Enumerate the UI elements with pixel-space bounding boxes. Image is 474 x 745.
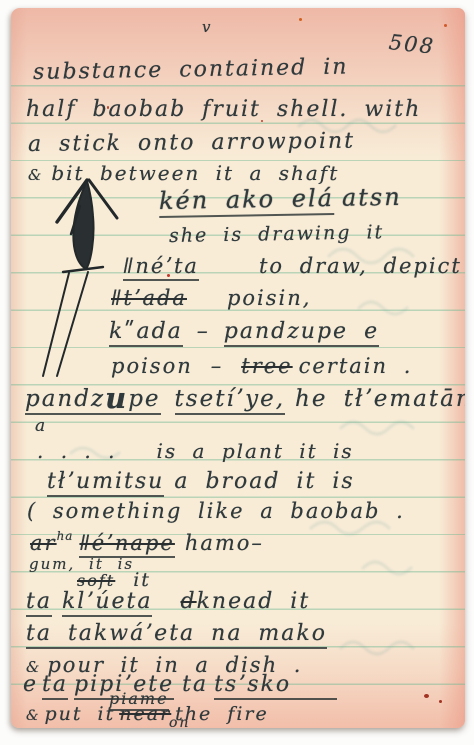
handwritten-line-9: kʺada–pandzupe e — [109, 319, 379, 344]
gloss-text: is a plant it is — [157, 439, 354, 463]
ampersand-mark: & — [26, 708, 40, 724]
phonetic-term: tłʼumitsu — [47, 469, 164, 497]
struck-term: ǁtʼada — [111, 286, 187, 310]
struck-letter: d — [180, 589, 196, 614]
handwritten-line-19: ta takwáʼeta na mako — [26, 621, 327, 646]
ellipsis-dots: . . . . — [37, 439, 117, 463]
handwritten-line-11: pandzupetsetíʼye,he tłʼematān — [25, 386, 465, 412]
gloss-text: a broad it is — [174, 469, 354, 494]
gloss-text: ( something like a baobab . — [27, 499, 405, 523]
gloss-text: she is drawing it — [169, 221, 385, 247]
ink-speckle — [261, 120, 263, 122]
struck-word: soft — [77, 571, 115, 590]
ink-speckle — [424, 694, 429, 698]
line-text: half baobab fruit shell. with — [26, 97, 421, 122]
page-number-value: 508 — [388, 30, 436, 59]
handwritten-line-21: etapipiʼetetatsʼsko — [23, 672, 337, 697]
correction-word: on — [169, 715, 190, 728]
gloss-text: to draw, depict — [259, 254, 462, 278]
superscript-correction: ha — [57, 529, 74, 543]
handwritten-line-23: &put itnearthe fire — [26, 703, 269, 725]
gloss-text: poisin, — [227, 286, 312, 310]
phonetic-term: tsetíʼye, — [175, 386, 285, 415]
inserted-letter: u — [105, 381, 128, 415]
ink-speckle — [299, 18, 302, 21]
handwritten-line-6: she is drawing it — [169, 221, 385, 247]
phonetic-term: tsʼsko — [214, 672, 337, 700]
handwritten-line-18: taklʼúetadknead it — [26, 589, 310, 614]
handwritten-line-15: arhaǁéʼnapehamo– — [30, 529, 264, 555]
handwritten-line-3: a stick onto arrowpoint — [28, 129, 355, 157]
handwritten-line-17: softit — [77, 569, 151, 591]
handwritten-line-11-subscript: a — [35, 416, 47, 436]
ink-speckle — [444, 24, 447, 27]
phonetic-term: ta takwáʼeta na mako — [26, 621, 327, 649]
gloss-text: put it — [44, 703, 115, 725]
check-mark: v — [202, 18, 212, 36]
handwritten-line-4: &bit between it a shaft — [28, 161, 339, 185]
phonetic-term: klʼúeta — [62, 589, 153, 617]
ampersand-mark: & — [28, 166, 43, 184]
gloss-text: certain . — [299, 354, 413, 378]
line-text: bit between it a shaft — [51, 161, 339, 185]
phonetic-term: pandzupe e — [224, 319, 379, 347]
handwritten-line-7: ǁnéʼtato draw, depict — [123, 254, 462, 278]
phonetic-term: ta — [26, 589, 52, 617]
struck-word: ar — [30, 531, 57, 555]
line-text: atsn — [342, 183, 402, 212]
handwritten-line-12: . . . .is a plant it is — [37, 439, 354, 463]
page-number: 508 — [388, 30, 436, 59]
handwritten-line-13: tłʼumitsua broad it is — [47, 469, 355, 494]
handwritten-line-14: ( something like a baobab . — [27, 499, 405, 523]
handwritten-line-2: half baobab fruit shell. with — [26, 97, 421, 122]
line-text: a stick onto arrowpoint — [28, 129, 355, 157]
phonetic-term: he tłʼematān — [295, 386, 465, 412]
struck-word: tree — [241, 354, 292, 378]
phonetic-term: pe — [128, 386, 160, 412]
phonetic-term: pandz — [25, 386, 105, 412]
gloss-text: it — [133, 569, 151, 591]
correction-letter: a — [35, 416, 47, 436]
handwritten-line-24: on — [169, 715, 190, 728]
handwritten-line-5: kén ako eláatsn — [159, 183, 402, 215]
check-mark-glyph: v — [202, 18, 212, 36]
dash: – — [197, 319, 210, 344]
handwritten-line-10: poison–treecertain . — [111, 354, 412, 378]
phonetic-term: kʺada — [109, 319, 183, 347]
ink-speckle — [167, 274, 170, 277]
phonetic-term: ta — [182, 672, 208, 697]
phonetic-term: hamo– — [185, 531, 264, 555]
phonetic-term: kén ako elá — [159, 184, 334, 218]
phonetic-term: e — [23, 672, 38, 697]
gloss-text: knead it — [197, 589, 311, 614]
handwritten-line-8: ǁtʼadapoisin, — [111, 286, 311, 310]
dash: – — [211, 354, 224, 378]
phonetic-term: ǁnéʼta — [123, 254, 199, 281]
ink-speckle — [107, 106, 109, 109]
ink-speckle — [439, 700, 442, 703]
notebook-page: v 508 substance contained in half baobab… — [11, 8, 465, 728]
struck-term: ǁéʼnape — [79, 531, 174, 558]
gloss-text: poison — [111, 354, 193, 378]
struck-word: near — [119, 703, 171, 725]
phonetic-term: ta — [42, 672, 68, 700]
